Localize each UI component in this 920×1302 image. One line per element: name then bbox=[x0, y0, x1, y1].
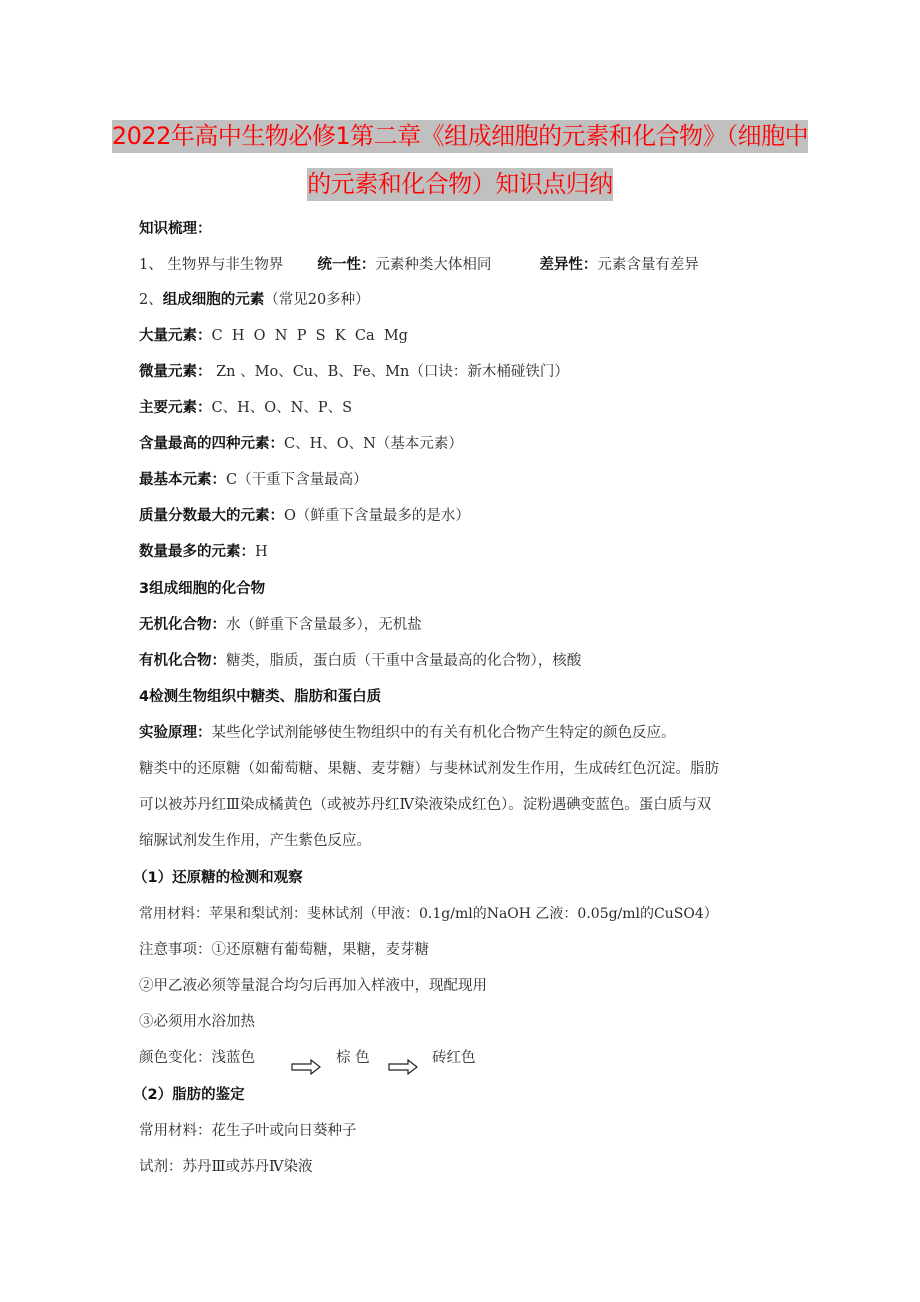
principle-text: 某些化学试剂能够使生物组织中的有关有机化合物产生特定的颜色反应。 bbox=[212, 725, 676, 741]
subsection-1-note-2: ②甲乙液必须等量混合均匀后再加入样液中，现配现用 bbox=[139, 976, 487, 996]
organic-compounds-text: 糖类，脂质，蛋白质（干重中含量最高的化合物），核酸 bbox=[226, 653, 581, 669]
macro-elements-line: 大量元素：C H O N P S K Ca Mg bbox=[139, 326, 408, 346]
inorganic-compounds-line: 无机化合物：水（鲜重下含量最多），无机盐 bbox=[139, 615, 422, 635]
trace-elements-line: 微量元素： Zn 、Mo、Cu、B、Fe、Mn（口诀：新木桶碰铁门） bbox=[139, 362, 569, 382]
color-change-start: 颜色变化：浅蓝色 bbox=[139, 1048, 255, 1068]
organic-compounds-line: 有机化合物：糖类，脂质，蛋白质（干重中含量最高的化合物），核酸 bbox=[139, 651, 581, 671]
subsection-2-reagent: 试剂：苏丹Ⅲ或苏丹Ⅳ染液 bbox=[139, 1157, 312, 1177]
max-mass-element-line: 质量分数最大的元素：O（鲜重下含量最多的是水） bbox=[139, 506, 470, 526]
most-basic-element-label: 最基本元素： bbox=[139, 472, 226, 488]
subsection-2-heading: （2）脂肪的鉴定 bbox=[133, 1085, 245, 1105]
principle-paragraph-line-3: 缩脲试剂发生作用，产生紫色反应。 bbox=[139, 831, 371, 851]
max-count-element-line: 数量最多的元素：H bbox=[139, 542, 268, 562]
most-basic-element-line: 最基本元素：C（干重下含量最高） bbox=[139, 470, 368, 490]
document-page: 2022年高中生物必修1第二章《组成细胞的元素和化合物》（细胞中 的元素和化合物… bbox=[0, 0, 920, 1302]
section-2-note: （常见20多种） bbox=[264, 292, 369, 308]
main-elements-text: C、H、O、N、P、S bbox=[212, 400, 353, 416]
section-2-heading: 2、组成细胞的元素（常见20多种） bbox=[139, 290, 370, 310]
trace-elements-text: Zn 、Mo、Cu、B、Fe、Mn（口诀：新木桶碰铁门） bbox=[212, 364, 569, 380]
unity-text: 元素种类大体相同 bbox=[375, 257, 491, 273]
color-change-middle: 棕 色 bbox=[336, 1048, 370, 1068]
main-elements-line: 主要元素：C、H、O、N、P、S bbox=[139, 398, 352, 418]
difference-text: 元素含量有差异 bbox=[597, 257, 699, 273]
four-highest-elements-label: 含量最高的四种元素： bbox=[139, 436, 284, 452]
max-count-element-text: H bbox=[255, 544, 268, 560]
max-mass-element-text: O（鲜重下含量最多的是水） bbox=[284, 508, 470, 524]
macro-elements-label: 大量元素： bbox=[139, 328, 212, 344]
section-3-heading: 3组成细胞的化合物 bbox=[139, 579, 265, 599]
macro-elements-text: C H O N P S K Ca Mg bbox=[212, 328, 408, 344]
document-title-line-1: 2022年高中生物必修1第二章《组成细胞的元素和化合物》（细胞中 bbox=[0, 121, 920, 151]
main-elements-label: 主要元素： bbox=[139, 400, 212, 416]
max-count-element-label: 数量最多的元素： bbox=[139, 544, 255, 560]
section-2-title: 组成细胞的元素 bbox=[163, 292, 265, 308]
right-arrow-icon bbox=[291, 1059, 321, 1075]
unity-label: 统一性： bbox=[317, 257, 375, 273]
most-basic-element-text: C（干重下含量最高） bbox=[226, 472, 368, 488]
subsection-1-note-1: 注意事项：①还原糖有葡萄糖，果糖，麦芽糖 bbox=[139, 940, 429, 960]
section-1-text: 生物界与非生物界 bbox=[163, 257, 284, 273]
subsection-1-note-3: ③必须用水浴加热 bbox=[139, 1012, 255, 1032]
organic-compounds-label: 有机化合物： bbox=[139, 653, 226, 669]
overview-heading: 知识梳理： bbox=[139, 219, 212, 239]
section-4-heading: 4检测生物组织中糖类、脂肪和蛋白质 bbox=[139, 687, 381, 707]
principle-line: 实验原理：某些化学试剂能够使生物组织中的有关有机化合物产生特定的颜色反应。 bbox=[139, 723, 676, 743]
section-2-number: 2、 bbox=[139, 292, 163, 308]
color-change-end: 砖红色 bbox=[432, 1048, 476, 1068]
subsection-2-materials: 常用材料：花生子叶或向日葵种子 bbox=[139, 1121, 357, 1141]
section-1-line: 1、 生物界与非生物界统一性：元素种类大体相同差异性：元素含量有差异 bbox=[139, 255, 699, 275]
subsection-1-materials: 常用材料：苹果和梨试剂：斐林试剂（甲液：0.1g/ml的NaOH 乙液：0.05… bbox=[139, 904, 718, 924]
four-highest-elements-text: C、H、O、N（基本元素） bbox=[284, 436, 463, 452]
inorganic-compounds-text: 水（鲜重下含量最多），无机盐 bbox=[226, 617, 422, 633]
principle-label: 实验原理： bbox=[139, 725, 212, 741]
principle-paragraph-line-1: 糖类中的还原糖（如葡萄糖、果糖、麦芽糖）与斐林试剂发生作用，生成砖红色沉淀。脂肪 bbox=[139, 759, 719, 779]
section-1-number: 1、 bbox=[139, 257, 163, 273]
subsection-1-heading: （1）还原糖的检测和观察 bbox=[133, 868, 303, 888]
max-mass-element-label: 质量分数最大的元素： bbox=[139, 508, 284, 524]
inorganic-compounds-label: 无机化合物： bbox=[139, 617, 226, 633]
right-arrow-icon bbox=[388, 1059, 418, 1075]
trace-elements-label: 微量元素： bbox=[139, 364, 212, 380]
difference-label: 差异性： bbox=[539, 257, 597, 273]
principle-paragraph-line-2: 可以被苏丹红Ⅲ染成橘黄色（或被苏丹红Ⅳ染液染成红色）。淀粉遇碘变蓝色。蛋白质与双 bbox=[139, 795, 711, 815]
document-title-line-2: 的元素和化合物）知识点归纳 bbox=[0, 169, 920, 199]
four-highest-elements-line: 含量最高的四种元素：C、H、O、N（基本元素） bbox=[139, 434, 463, 454]
